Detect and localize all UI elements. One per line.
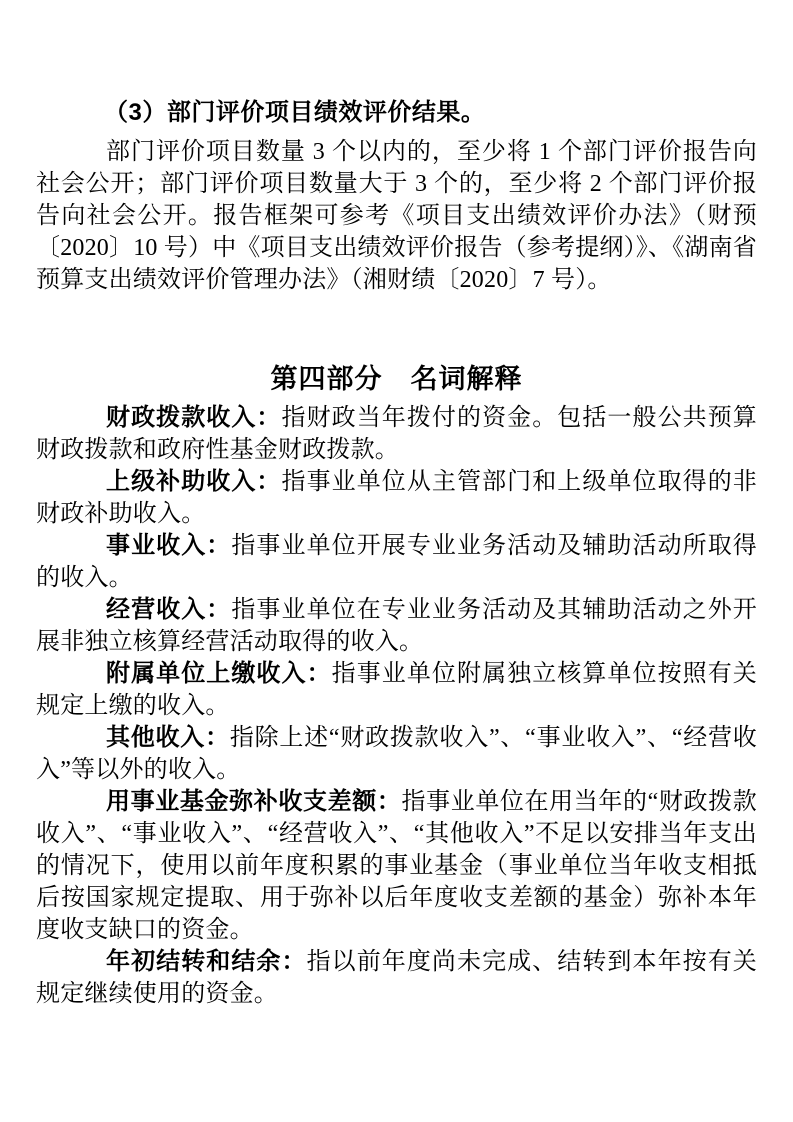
definition-term: 上级补助收入： [106,468,282,495]
document-page: （3）部门评价项目绩效评价结果。 部门评价项目数量 3 个以内的，至少将 1 个… [0,0,793,1122]
definition-term: 年初结转和结余： [106,948,307,975]
paragraph-disclosure-rules: 部门评价项目数量 3 个以内的，至少将 1 个部门评价报告向社会公开；部门评价项… [36,136,757,296]
definition-operating-income: 经营收入：指事业单位在专业业务活动及其辅助活动之外开展非独立核算经营活动取得的收… [36,594,757,658]
definition-fund-deficit-coverage: 用事业基金弥补收支差额：指事业单位在用当年的“财政拨款收入”、“事业收入”、“经… [36,786,757,946]
definition-superior-subsidy-income: 上级补助收入：指事业单位从主管部门和上级单位取得的非财政补助收入。 [36,466,757,530]
definition-other-income: 其他收入：指除上述“财政拨款收入”、“事业收入”、“经营收入”等以外的收入。 [36,722,757,786]
section-title-glossary: 第四部分 名词解释 [36,360,757,398]
definition-term: 事业收入： [106,532,231,559]
definition-term: 财政拨款收入： [106,404,282,431]
definition-fiscal-appropriation-income: 财政拨款收入：指财政当年拨付的资金。包括一般公共预算财政拨款和政府性基金财政拨款… [36,402,757,466]
definition-term: 其他收入： [106,724,230,751]
definition-institutional-income: 事业收入：指事业单位开展专业业务活动及辅助活动所取得的收入。 [36,530,757,594]
definition-term: 经营收入： [106,596,231,623]
definition-affiliated-unit-remitted-income: 附属单位上缴收入：指事业单位附属独立核算单位按照有关规定上缴的收入。 [36,658,757,722]
definition-term: 附属单位上缴收入： [106,660,332,687]
heading-dept-evaluation-result: （3）部门评价项目绩效评价结果。 [36,96,757,130]
definition-term: 用事业基金弥补收支差额： [106,788,401,815]
definition-carryover-and-surplus: 年初结转和结余：指以前年度尚未完成、结转到本年按有关规定继续使用的资金。 [36,946,757,1010]
